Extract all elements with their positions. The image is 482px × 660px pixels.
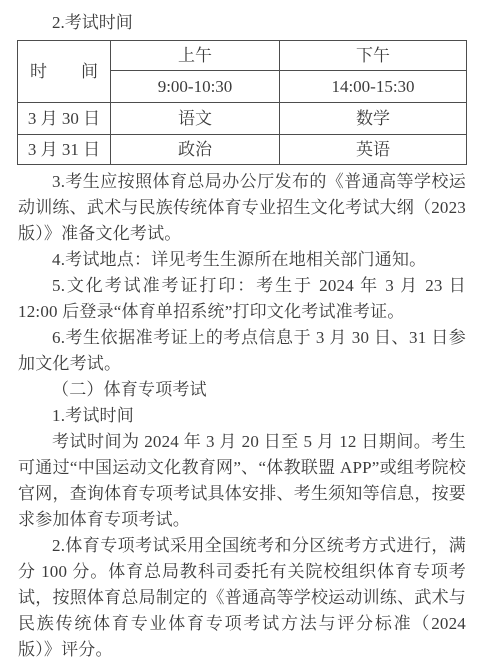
table-row: 3 月 31 日 政治 英语 xyxy=(18,135,467,165)
table-header-afternoon: 下午 xyxy=(280,41,467,71)
subject-cell-morning: 政治 xyxy=(111,135,280,165)
subject-cell-afternoon: 英语 xyxy=(280,135,467,165)
date-cell: 3 月 31 日 xyxy=(18,135,111,165)
morning-time-cell: 9:00-10:30 xyxy=(111,71,280,103)
paragraph-exam-attendance: 6.考生依据准考证上的考点信息于 3 月 30 日、31 日参加文化考试。 xyxy=(18,325,466,377)
date-cell: 3 月 30 日 xyxy=(18,103,111,135)
document-page: 2.考试时间 时 间 上午 下午 9:00-10:30 14:00-15:30 … xyxy=(0,0,482,660)
section-heading-exam-time: 2.考试时间 xyxy=(18,12,466,33)
paragraph-admission-ticket-print: 5.文化考试准考证打印：考生于 2024 年 3 月 23 日 12:00 后登… xyxy=(18,273,466,325)
paragraph-sports-exam-schedule: 考试时间为 2024 年 3 月 20 日至 5 月 12 日期间。考生可通过“… xyxy=(18,429,466,533)
subsection-heading-sports-exam: （二）体育专项考试 xyxy=(18,377,466,403)
subject-cell-morning: 语文 xyxy=(111,103,280,135)
paragraph-sports-exam-scoring: 2.体育专项考试采用全国统考和分区统考方式进行，满分 100 分。体育总局教科司… xyxy=(18,533,466,660)
afternoon-time-cell: 14:00-15:30 xyxy=(280,71,467,103)
paragraph-culture-exam-outline: 3.考生应按照体育总局办公厅发布的《普通高等学校运动训练、武术与民族传统体育专业… xyxy=(18,169,466,247)
table-row: 3 月 30 日 语文 数学 xyxy=(18,103,467,135)
paragraph-exam-location: 4.考试地点：详见考生生源所在地相关部门通知。 xyxy=(18,247,466,273)
table-row-header: 时 间 上午 下午 xyxy=(18,41,467,71)
table-header-time: 时 间 xyxy=(18,41,111,103)
subject-cell-afternoon: 数学 xyxy=(280,103,467,135)
exam-schedule-table: 时 间 上午 下午 9:00-10:30 14:00-15:30 3 月 30 … xyxy=(17,40,467,165)
body-text: 3.考生应按照体育总局办公厅发布的《普通高等学校运动训练、武术与民族传统体育专业… xyxy=(18,169,466,660)
table-header-morning: 上午 xyxy=(111,41,280,71)
subheading-exam-time: 1.考试时间 xyxy=(18,403,466,429)
